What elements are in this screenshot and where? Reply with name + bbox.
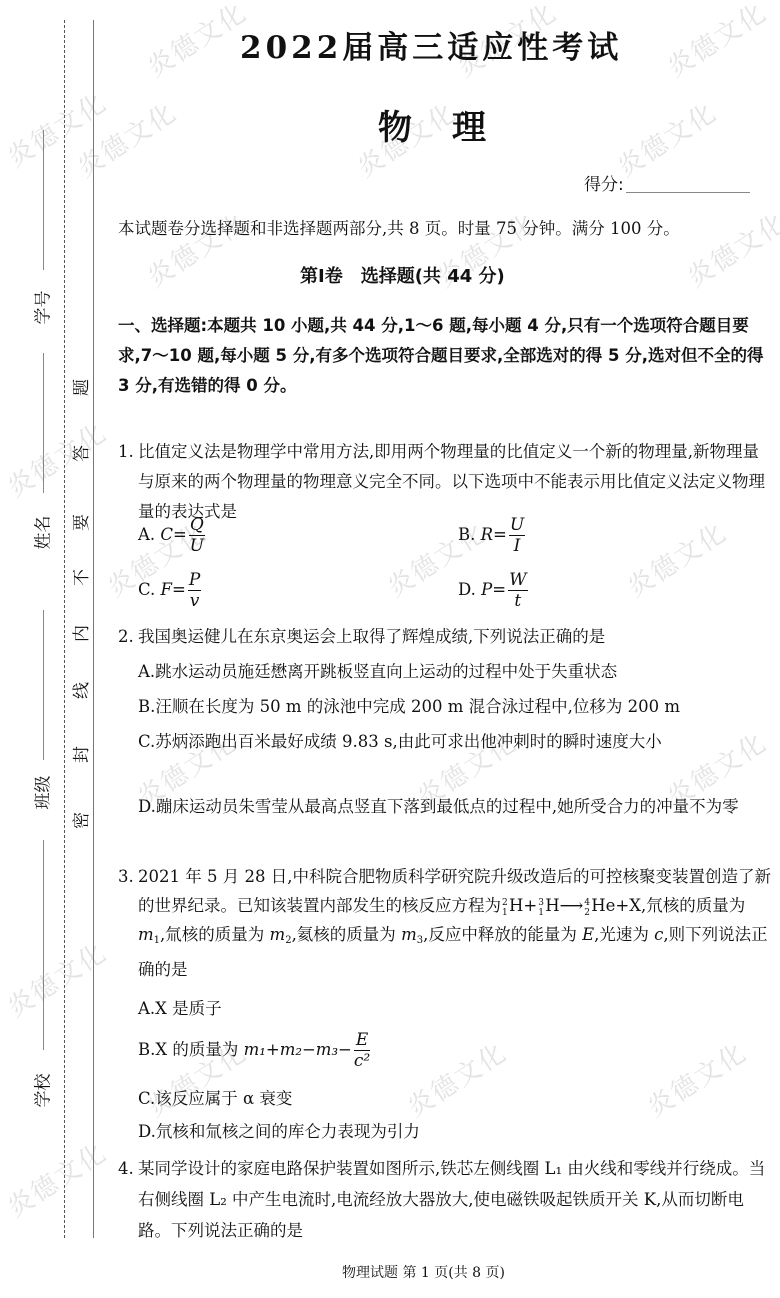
option-a: A. C=QU xyxy=(138,515,205,556)
watermark: 炎德文化 xyxy=(0,82,113,174)
option-text: 苏炳添跑出百米最好成绩 9.83 s,由此可求出他冲刺时的瞬时速度大小 xyxy=(155,732,661,751)
charge-number: 1 xyxy=(538,899,544,928)
stem-text: ,光速为 xyxy=(594,925,654,944)
option-b: B.X 的质量为 m₁+m₂−m₃−Ec² xyxy=(138,1030,370,1071)
option-text: 氘核和氚核之间的库仑力表现为引力 xyxy=(156,1122,420,1141)
score-label: 得分: xyxy=(584,175,624,195)
denominator: t xyxy=(508,591,527,611)
question-stem: 比值定义法是物理学中常用方法,即用两个物理量的比值定义一个新的物理量,新物理量与… xyxy=(138,437,773,527)
stem-text: He+X,氘核的质量为 xyxy=(591,896,745,915)
watermark: 炎德文化 xyxy=(0,412,113,504)
school-input-line[interactable] xyxy=(43,840,44,1050)
watermark: 炎德文化 xyxy=(0,932,113,1024)
seal-char: 线 xyxy=(67,682,92,699)
question-number: 3. xyxy=(118,862,134,891)
question-2: 2. 我国奥运健儿在东京奥运会上取得了辉煌成绩,下列说法正确的是 xyxy=(118,622,773,652)
option-c: C.该反应属于 α 衰变 xyxy=(138,1085,292,1109)
seal-char: 密 xyxy=(67,812,92,829)
name-input-line[interactable] xyxy=(43,353,44,493)
option-d: D.氘核和氚核之间的库仑力表现为引力 xyxy=(138,1118,420,1142)
section-instructions: 一、选择题:本题共 10 小题,共 44 分,1～6 题,每小题 4 分,只有一… xyxy=(118,311,773,401)
symbol-m: m xyxy=(138,925,154,944)
option-b: B.汪顺在长度为 50 m 的泳池中完成 200 m 混合泳过程中,位移为 20… xyxy=(138,692,766,722)
option-text: 跳水运动员施廷懋离开跳板竖直向上运动的过程中处于失重状态 xyxy=(155,662,617,681)
formula: m₁+m₂−m₃− xyxy=(244,1040,352,1059)
option-label: D. xyxy=(138,1122,156,1141)
option-label: A. xyxy=(138,662,155,681)
option-label: C. xyxy=(138,580,155,599)
page-footer: 物理试题 第 1 页(共 8 页) xyxy=(342,1262,505,1282)
nuclide-tritium: 31 xyxy=(537,891,545,907)
score-input-line[interactable] xyxy=(626,192,750,193)
symbol-m: m xyxy=(401,925,417,944)
formula-lhs: R= xyxy=(481,525,507,544)
formula-lhs: C= xyxy=(160,525,186,544)
class-input-line[interactable] xyxy=(43,610,44,760)
fraction: Wt xyxy=(508,570,527,611)
question-number: 1. xyxy=(118,437,134,467)
option-text: 蹦床运动员朱雪莹从最高点竖直下落到最低点的过程中,她所受合力的冲量不为零 xyxy=(156,797,739,816)
numerator: W xyxy=(508,570,527,591)
numerator: E xyxy=(354,1030,370,1051)
option-label: C. xyxy=(138,1089,155,1108)
option-label: A. xyxy=(138,525,155,544)
denominator: v xyxy=(188,591,201,611)
option-label: D. xyxy=(138,797,156,816)
option-label: A. xyxy=(138,999,155,1018)
fraction: QU xyxy=(189,515,205,556)
stem-text: H⟶ xyxy=(545,896,583,915)
cut-line xyxy=(64,20,65,1238)
question-stem: 2021 年 5 月 28 日,中科院合肥物质科学研究院升级改造后的可控核聚变装… xyxy=(138,862,773,984)
denominator: I xyxy=(509,536,525,556)
watermark: 炎德文化 xyxy=(639,1032,753,1124)
option-c: C.苏炳添跑出百米最好成绩 9.83 s,由此可求出他冲刺时的瞬时速度大小 xyxy=(138,727,766,757)
nuclide-helium: 42 xyxy=(583,891,591,907)
denominator: c² xyxy=(354,1051,370,1071)
option-label: C. xyxy=(138,732,155,751)
fraction: Ec² xyxy=(354,1030,370,1071)
denominator: U xyxy=(189,536,205,556)
question-stem: 我国奥运健儿在东京奥运会上取得了辉煌成绩,下列说法正确的是 xyxy=(138,622,773,652)
seal-char: 题 xyxy=(67,379,92,396)
option-a: A.X 是质子 xyxy=(138,995,222,1019)
numerator: Q xyxy=(189,515,205,536)
option-text: X 是质子 xyxy=(155,999,222,1018)
seal-char: 答 xyxy=(67,445,92,462)
option-d: D.蹦床运动员朱雪莹从最高点竖直下落到最低点的过程中,她所受合力的冲量不为零 xyxy=(138,792,766,822)
numerator: P xyxy=(188,570,201,591)
option-label: B. xyxy=(458,525,475,544)
question-number: 2. xyxy=(118,622,134,652)
stem-text: ,氦核的质量为 xyxy=(292,925,402,944)
subject-title: 物理 xyxy=(378,100,526,149)
symbol-m: m xyxy=(270,925,286,944)
option-label: B. xyxy=(138,1040,155,1059)
question-4: 4. 某同学设计的家庭电路保护装置如图所示,铁芯左侧线圈 L₁ 由火线和零线并行… xyxy=(118,1153,773,1246)
fraction: Pv xyxy=(188,570,201,611)
option-b: B. R=UI xyxy=(458,515,525,556)
option-a: A.跳水运动员施廷懋离开跳板竖直向上运动的过程中处于失重状态 xyxy=(138,657,766,687)
option-d: D. P=Wt xyxy=(458,570,528,611)
seal-char: 内 xyxy=(67,625,92,642)
watermark: 炎德文化 xyxy=(659,0,773,85)
option-label: B. xyxy=(138,697,155,716)
option-text: 该反应属于 α 衰变 xyxy=(155,1089,292,1108)
nuclide-deuterium: 21 xyxy=(501,891,509,907)
watermark: 炎德文化 xyxy=(0,1132,113,1224)
formula-lhs: F= xyxy=(161,580,186,599)
section-title: 第Ⅰ卷 选择题(共 44 分) xyxy=(300,262,505,288)
numerator: U xyxy=(509,515,525,536)
option-label: D. xyxy=(458,580,476,599)
stem-text: H+ xyxy=(509,896,537,915)
exam-intro: 本试题卷分选择题和非选择题两部分,共 8 页。时量 75 分钟。满分 100 分… xyxy=(118,215,680,239)
watermark: 炎德文化 xyxy=(399,1032,513,1124)
charge-number: 1 xyxy=(502,899,508,928)
fraction: UI xyxy=(509,515,525,556)
question-stem: 某同学设计的家庭电路保护装置如图所示,铁芯左侧线圈 L₁ 由火线和零线并行绕成。… xyxy=(138,1153,773,1246)
charge-number: 2 xyxy=(584,899,590,928)
name-label: 姓名 xyxy=(29,516,54,550)
score-field: 得分: xyxy=(584,170,750,195)
watermark: 炎德文化 xyxy=(679,202,780,294)
class-label: 班级 xyxy=(29,776,54,810)
option-text: 汪顺在长度为 50 m 的泳池中完成 200 m 混合泳过程中,位移为 200 … xyxy=(155,697,680,716)
seal-char: 封 xyxy=(67,746,92,763)
question-3: 3. 2021 年 5 月 28 日,中科院合肥物质科学研究院升级改造后的可控核… xyxy=(118,862,773,984)
student-id-label: 学号 xyxy=(29,291,54,325)
question-1: 1. 比值定义法是物理学中常用方法,即用两个物理量的比值定义一个新的物理量,新物… xyxy=(118,437,773,527)
student-id-line xyxy=(43,130,44,270)
question-number: 4. xyxy=(118,1153,134,1184)
school-label: 学校 xyxy=(29,1074,54,1108)
exam-title: 2022届高三适应性考试 xyxy=(240,22,622,67)
option-text: X 的质量为 xyxy=(155,1040,243,1059)
margin-border xyxy=(93,20,94,1238)
seal-char: 不 xyxy=(67,569,92,586)
watermark: 炎德文化 xyxy=(139,0,253,85)
formula-lhs: P= xyxy=(481,580,506,599)
stem-text: ,氚核的质量为 xyxy=(160,925,270,944)
option-c: C. F=Pv xyxy=(138,570,201,611)
symbol-c: c xyxy=(654,925,663,944)
seal-char: 要 xyxy=(67,514,92,531)
watermark: 炎德文化 xyxy=(69,92,183,184)
